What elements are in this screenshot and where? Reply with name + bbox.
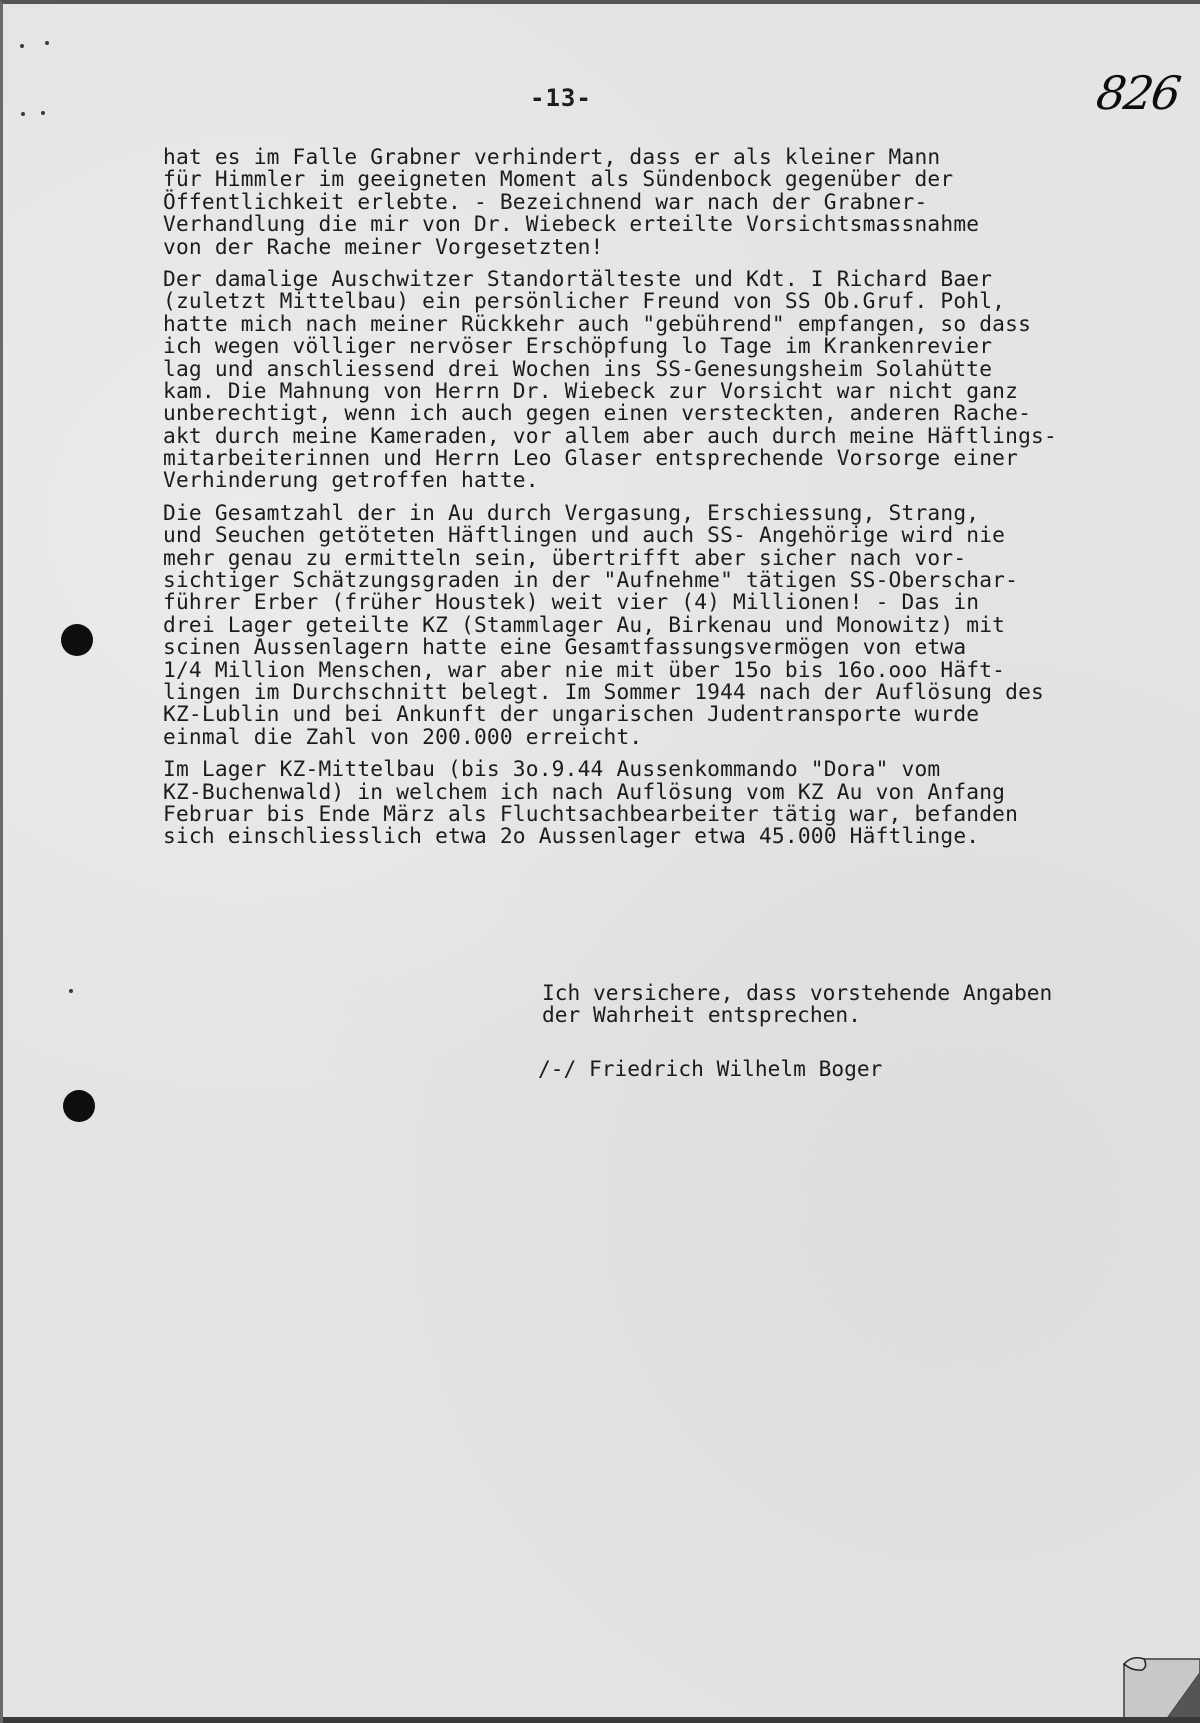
text-line: der Wahrheit entsprechen.	[542, 1004, 1052, 1026]
text-line: mitarbeiterinnen und Herrn Leo Glaser en…	[163, 447, 1193, 469]
document-body: hat es im Falle Grabner verhindert, dass…	[163, 146, 1193, 858]
paper-speck	[20, 44, 24, 48]
text-line: und Seuchen getöteten Häftlingen und auc…	[163, 524, 1193, 546]
text-line: Der damalige Auschwitzer Standortälteste…	[163, 268, 1193, 290]
paper-speck	[45, 41, 49, 45]
text-line: Öffentlichkeit erlebte. - Bezeichnend wa…	[163, 191, 1193, 213]
paragraph-2: Der damalige Auschwitzer Standortälteste…	[163, 268, 1193, 492]
page-corner-fold-icon	[1122, 1637, 1200, 1723]
page-number: -13-	[530, 84, 592, 112]
text-line: 1/4 Million Menschen, war aber nie mit ü…	[163, 659, 1193, 681]
text-line: hatte mich nach meiner Rückkehr auch "ge…	[163, 313, 1193, 335]
text-line: Im Lager KZ-Mittelbau (bis 3o.9.44 Ausse…	[163, 758, 1193, 780]
text-line: kam. Die Mahnung von Herrn Dr. Wiebeck z…	[163, 380, 1193, 402]
text-line: mehr genau zu ermitteln sein, übertrifft…	[163, 547, 1193, 569]
paper-speck	[21, 112, 25, 116]
text-line: Verhandlung die mir von Dr. Wiebeck erte…	[163, 213, 1193, 235]
scan-border	[3, 1717, 1200, 1723]
text-line: Die Gesamtzahl der in Au durch Vergasung…	[163, 502, 1193, 524]
text-line: akt durch meine Kameraden, vor allem abe…	[163, 425, 1193, 447]
text-line: von der Rache meiner Vorgesetzten!	[163, 236, 1193, 258]
text-line: scinen Aussenlagern hatte eine Gesamtfas…	[163, 636, 1193, 658]
text-line: drei Lager geteilte KZ (Stammlager Au, B…	[163, 614, 1193, 636]
text-line: sich einschliesslich etwa 2o Aussenlager…	[163, 825, 1193, 847]
text-line: (zuletzt Mittelbau) ein persönlicher Fre…	[163, 290, 1193, 312]
text-line: unberechtigt, wenn ich auch gegen einen …	[163, 402, 1193, 424]
text-line: hat es im Falle Grabner verhindert, dass…	[163, 146, 1193, 168]
document-page: -13- 826 hat es im Falle Grabner verhind…	[0, 0, 1200, 1723]
text-line: sichtiger Schätzungsgraden in der "Aufne…	[163, 569, 1193, 591]
text-line: ich wegen völliger nervöser Erschöpfung …	[163, 335, 1193, 357]
text-line: KZ-Buchenwald) in welchem ich nach Auflö…	[163, 781, 1193, 803]
paragraph-4: Im Lager KZ-Mittelbau (bis 3o.9.44 Ausse…	[163, 758, 1193, 848]
text-line: Februar bis Ende März als Fluchtsachbear…	[163, 803, 1193, 825]
paragraph-3: Die Gesamtzahl der in Au durch Vergasung…	[163, 502, 1193, 748]
text-line: lingen im Durchschnitt belegt. Im Sommer…	[163, 681, 1193, 703]
text-line: lag und anschliessend drei Wochen ins SS…	[163, 358, 1193, 380]
paragraph-1: hat es im Falle Grabner verhindert, dass…	[163, 146, 1193, 258]
text-line: führer Erber (früher Houstek) weit vier …	[163, 591, 1193, 613]
handwritten-folio-number: 826	[1093, 66, 1182, 120]
punch-hole-icon	[63, 1090, 95, 1122]
closing-statement: Ich versichere, dass vorstehende Angaben…	[542, 982, 1052, 1027]
paper-speck	[69, 989, 73, 993]
paper-speck	[41, 111, 45, 115]
text-line: Verhinderung getroffen hatte.	[163, 469, 1193, 491]
text-line: einmal die Zahl von 200.000 erreicht.	[163, 726, 1193, 748]
signature-line: /-/ Friedrich Wilhelm Boger	[538, 1058, 882, 1080]
text-line: KZ-Lublin und bei Ankunft der ungarische…	[163, 703, 1193, 725]
text-line: für Himmler im geeigneten Moment als Sün…	[163, 168, 1193, 190]
text-line: Ich versichere, dass vorstehende Angaben	[542, 982, 1052, 1004]
punch-hole-icon	[61, 624, 93, 656]
